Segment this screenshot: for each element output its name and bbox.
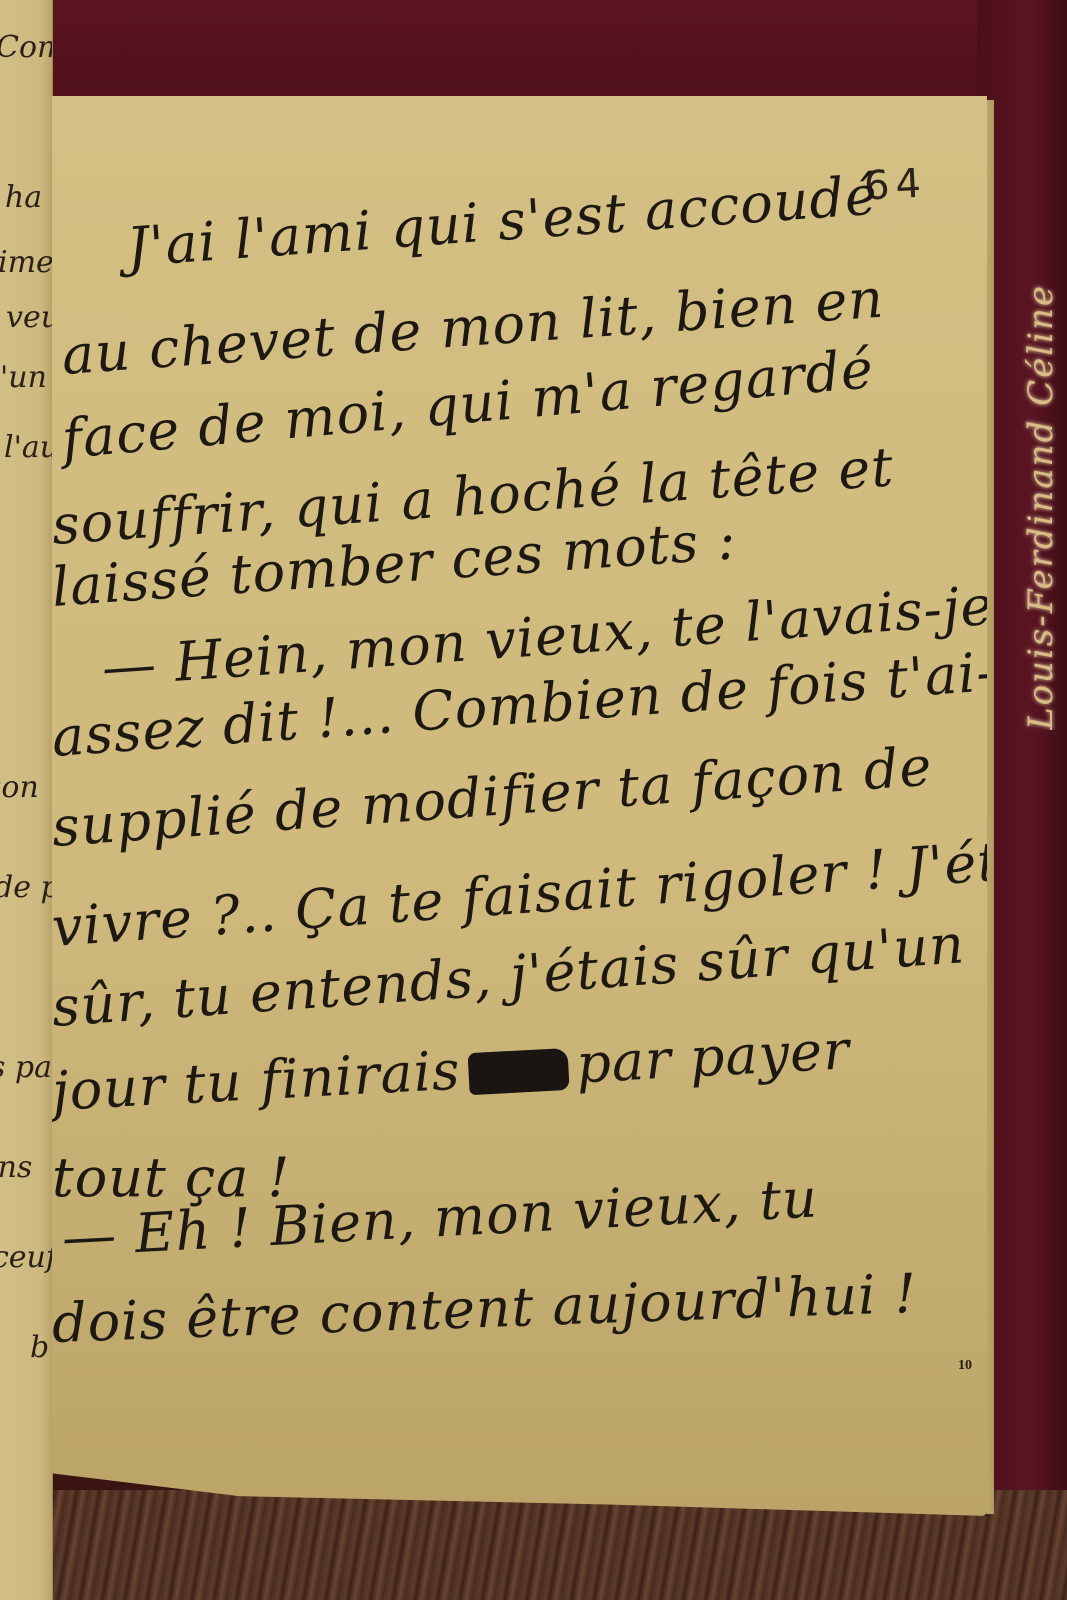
printed-page-number: 10	[958, 1358, 972, 1374]
ink-blot-redaction	[468, 1048, 570, 1095]
left-page-fragment: 'un	[0, 360, 47, 395]
left-page-edge: Com s ha ime veux 'un l'au son de p s pa…	[0, 0, 53, 1600]
manuscript-page: 64 J'ai l'ami qui s'est accoudé au cheve…	[52, 96, 987, 1516]
left-page-fragment: ime	[0, 245, 53, 280]
manuscript-line: jour tu finiraispar payer	[50, 1018, 851, 1123]
manuscript-line-part: jour tu finirais	[50, 1039, 462, 1123]
left-page-fragment: veux	[6, 300, 53, 335]
manuscript-line: J'ai l'ami qui s'est accoudé	[125, 164, 880, 279]
left-page-fragment: b	[30, 1330, 49, 1365]
left-page-fragment: son	[0, 770, 39, 805]
left-page-fragment: ins	[0, 1150, 32, 1185]
left-page-fragment: s pa	[0, 1050, 52, 1085]
gold-cover-lettering: Louis-Ferdinand Céline	[1021, 30, 1061, 730]
left-page-fragment: s ha	[0, 180, 42, 215]
left-page-fragment: l'au	[4, 430, 53, 465]
manuscript-line-part: par payer	[575, 1018, 852, 1095]
left-page-fragment: ceuf	[0, 1240, 53, 1275]
manuscript-line: dois être content aujourd'hui !	[51, 1262, 918, 1355]
left-page-fragment: de p	[0, 870, 53, 905]
left-page-fragment: Com	[0, 30, 53, 65]
